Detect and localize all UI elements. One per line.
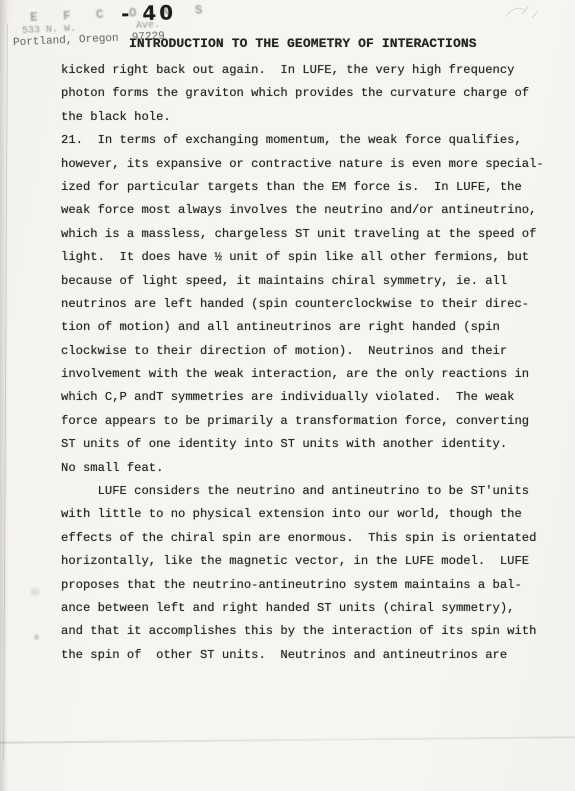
text-line: tion of motion) and all antineutrinos ar… <box>61 316 555 339</box>
text-line: proposes that the neutrino-antineutrino … <box>61 574 555 597</box>
ink-smudge <box>34 634 39 640</box>
text-line: the spin of other ST units. Neutrinos an… <box>61 644 555 667</box>
text-line: ized for particular targets than the EM … <box>61 176 555 199</box>
text-line: however, its expansive or contractive na… <box>61 153 555 176</box>
pencil-mark <box>502 2 550 28</box>
text-line: because of light speed, it maintains chi… <box>61 270 555 293</box>
paper-crease <box>0 736 575 743</box>
text-line: involvement with the weak interaction, a… <box>61 363 555 386</box>
text-line: horizontally, like the magnetic vector, … <box>61 550 555 573</box>
text-line: kicked right back out again. In LUFE, th… <box>61 59 555 82</box>
text-line: ance between left and right handed ST un… <box>61 597 555 620</box>
text-line: light. It does have ½ unit of spin like … <box>61 246 555 269</box>
text-line: force appears to be primarily a transfor… <box>61 410 555 433</box>
body-text: kicked right back out again. In LUFE, th… <box>61 59 555 667</box>
text-line: photon forms the graviton which provides… <box>61 82 555 105</box>
text-line: ST units of one identity into ST units w… <box>61 433 555 456</box>
text-line: LUFE considers the neutrino and antineut… <box>61 480 555 503</box>
paper-edge-line <box>3 24 8 761</box>
scanned-page: E F C O K S - 40 533 N. W. Ave. Portland… <box>0 0 575 791</box>
text-line: and that it accomplishes this by the int… <box>61 620 555 643</box>
text-line: No small feat. <box>61 457 555 480</box>
text-line: weak force most always involves the neut… <box>61 199 555 222</box>
text-line: with little to no physical extension int… <box>61 503 555 526</box>
text-line: which is a massless, chargeless ST unit … <box>61 223 555 246</box>
page-title: INTRODUCTION TO THE GEOMETRY OF INTERACT… <box>129 36 477 51</box>
text-line: which C,P andT symmetries are individual… <box>61 386 555 409</box>
text-line: clockwise to their direction of motion).… <box>61 340 555 363</box>
ink-smudge <box>30 588 40 596</box>
text-line: the black hole. <box>61 106 555 129</box>
text-line: 21. In terms of exchanging momentum, the… <box>61 129 555 152</box>
text-line: effects of the chiral spin are enormous.… <box>61 527 555 550</box>
text-line: neutrinos are left handed (spin counterc… <box>61 293 555 316</box>
